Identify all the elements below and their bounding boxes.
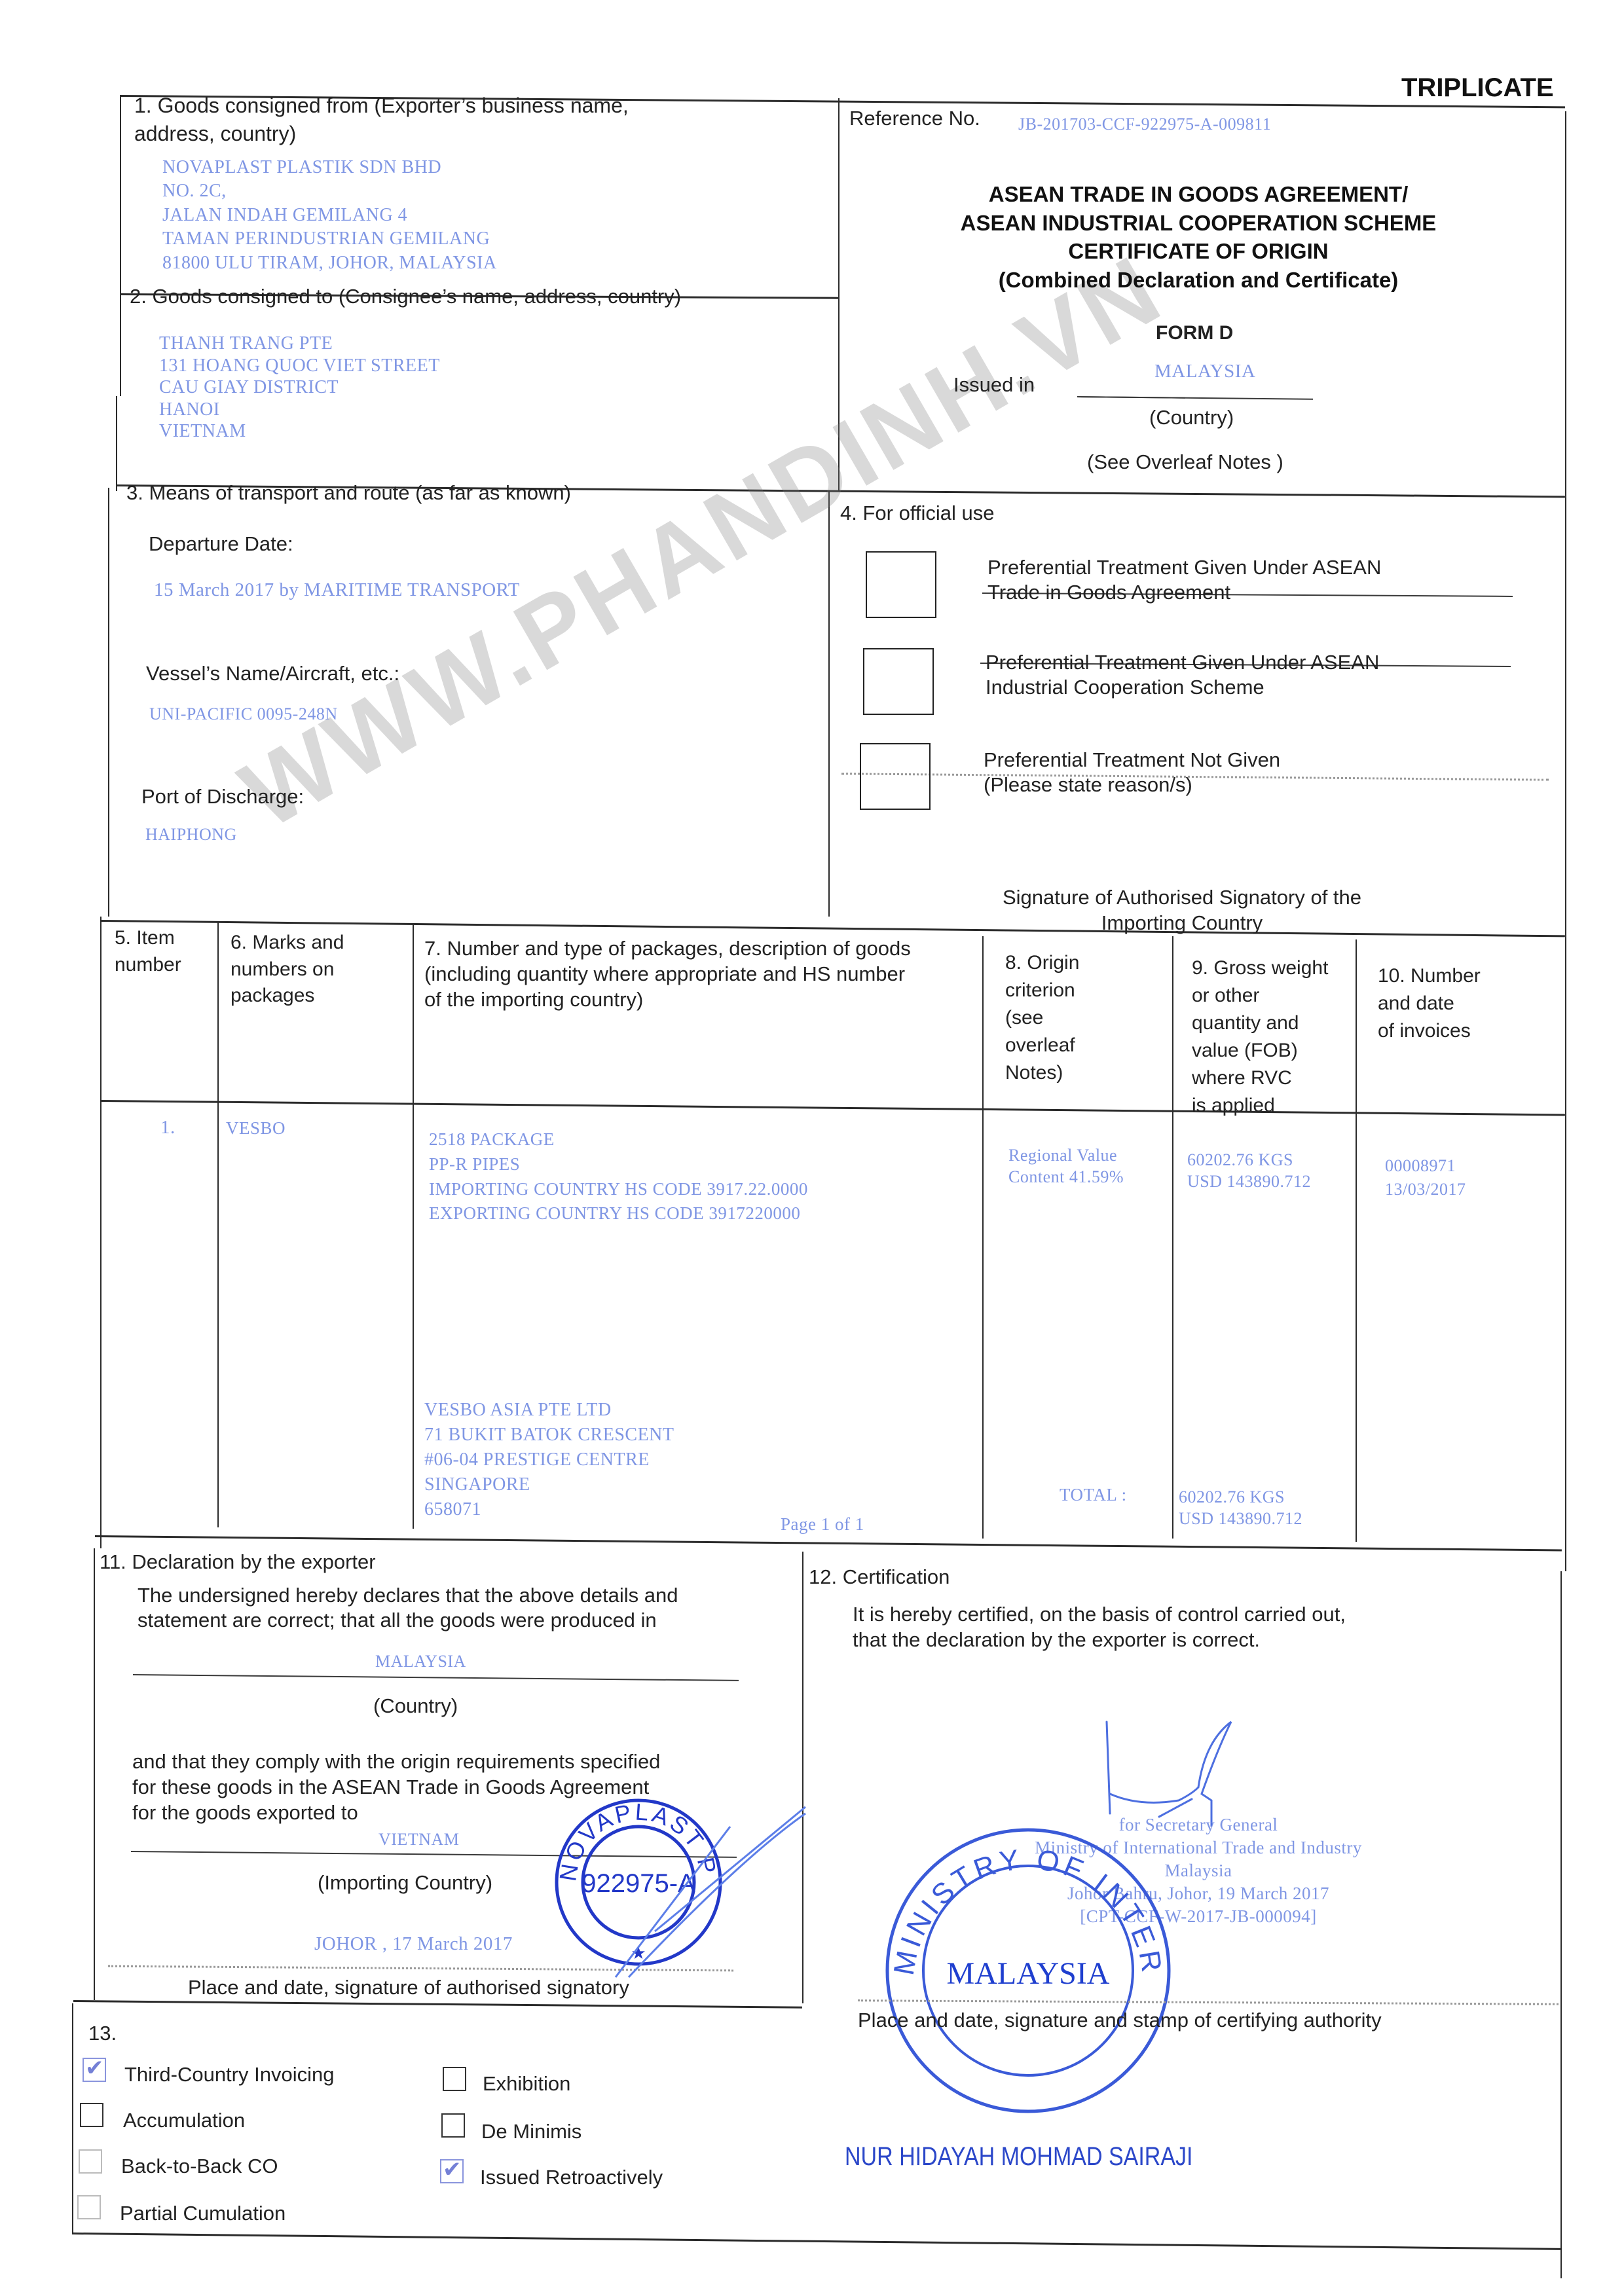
option-third-country-invoicing: Third-Country Invoicing [124, 2061, 334, 2088]
issued-in-country: MALAYSIA [1154, 359, 1255, 384]
checkbox-third-country-invoicing[interactable]: ✔ [83, 2058, 106, 2082]
option-back-to-back-co: Back-to-Back CO [121, 2153, 278, 2180]
third-party-address: VESBO ASIA PTE LTD 71 BUKIT BATOK CRESCE… [424, 1398, 674, 1522]
box-2-label: 2. Goods consigned to (Consignee’s name,… [130, 283, 681, 310]
checkmark-icon: ✔ [85, 2055, 104, 2081]
importing-signatory-caption: Signature of Authorised Signatory of the… [986, 885, 1378, 936]
official-option-atiga: Preferential Treatment Given Under ASEAN… [987, 555, 1381, 605]
reference-number: JB-201703-CCF-922975-A-009811 [1018, 113, 1271, 136]
col-header-item: 5. Item number [115, 925, 181, 978]
checkbox-back-to-back-co[interactable] [79, 2149, 102, 2174]
option-partial-cumulation: Partial Cumulation [120, 2200, 286, 2227]
overleaf-note: (See Overleaf Notes ) [1087, 448, 1283, 476]
item-number: 1. [160, 1115, 175, 1140]
declaration-text-1: The undersigned hereby declares that the… [138, 1583, 678, 1633]
importing-country-value: VIETNAM [378, 1828, 459, 1851]
box-11-label: 11. Declaration by the exporter [100, 1548, 376, 1576]
total-label: TOTAL : [1060, 1483, 1127, 1507]
official-checkbox-aicos[interactable] [863, 648, 934, 715]
option-de-minimis: De Minimis [481, 2118, 581, 2145]
col-header-marks: 6. Marks and numbers on packages [231, 930, 344, 1010]
port-of-discharge-value: HAIPHONG [145, 823, 237, 846]
col-header-description: 7. Number and type of packages, descript… [424, 936, 911, 1012]
col-header-origin: 8. Origin criterion (see overleaf Notes) [1005, 949, 1079, 1087]
checkbox-de-minimis[interactable] [441, 2113, 465, 2138]
consignee-address: THANH TRANG PTE 131 HOANG QUOC VIET STRE… [159, 333, 440, 443]
box-1-label: 1. Goods consigned from (Exporter’s busi… [134, 92, 629, 148]
port-of-discharge-label: Port of Discharge: [141, 783, 304, 811]
official-checkbox-not-given[interactable] [860, 743, 931, 810]
box-4-label: 4. For official use [840, 500, 994, 527]
ministry-stamp: MINISTRY OF INTERNATIONAL TRADE AND INDU… [871, 1813, 1185, 2141]
box-12-label: 12. Certification [809, 1563, 950, 1591]
certifier-signature-caption: Place and date, signature and stamp of c… [858, 2007, 1382, 2034]
officer-name: NUR HIDAYAH MOHMAD SAIRAJI [845, 2142, 1192, 2172]
checkbox-exhibition[interactable] [443, 2067, 466, 2091]
svg-text:MALAYSIA: MALAYSIA [947, 1956, 1110, 1991]
vessel-value: UNI-PACIFIC 0095-248N [149, 702, 338, 725]
total-value: 60202.76 KGS USD 143890.712 [1179, 1486, 1302, 1530]
exporter-place-date: JOHOR , 17 March 2017 [314, 1931, 513, 1957]
checkbox-accumulation[interactable] [80, 2103, 103, 2127]
origin-criterion: Regional Value Content 41.59% [1008, 1144, 1124, 1188]
importing-country-caption: (Importing Country) [318, 1869, 492, 1897]
official-option-aicos: Preferential Treatment Given Under ASEAN… [986, 650, 1379, 700]
checkmark-icon: ✔ [443, 2157, 462, 2183]
certification-text: It is hereby certified, on the basis of … [853, 1602, 1346, 1653]
option-accumulation: Accumulation [123, 2107, 245, 2134]
col-header-invoice: 10. Number and date of invoices [1378, 962, 1481, 1045]
box-3-label: 3. Means of transport and route (as far … [126, 479, 571, 507]
certificate-title: ASEAN TRADE IN GOODS AGREEMENT/ ASEAN IN… [910, 180, 1486, 294]
col-header-weight: 9. Gross weight or other quantity and va… [1192, 955, 1328, 1120]
checkbox-issued-retroactively[interactable]: ✔ [440, 2159, 464, 2183]
gross-weight-value: 60202.76 KGS USD 143890.712 [1187, 1149, 1311, 1193]
production-country: MALAYSIA [375, 1650, 466, 1673]
country-caption: (Country) [1149, 404, 1234, 431]
copy-label: TRIPLICATE [1401, 73, 1554, 103]
invoice-number-date: 00008971 13/03/2017 [1385, 1154, 1466, 1202]
goods-description: 2518 PACKAGE PP-R PIPES IMPORTING COUNTR… [429, 1127, 808, 1226]
option-exhibition: Exhibition [483, 2070, 570, 2098]
vessel-label: Vessel’s Name/Aircraft, etc.: [146, 660, 399, 687]
departure-date-label: Departure Date: [149, 530, 293, 558]
marks-value: VESBO [226, 1116, 286, 1140]
checkbox-partial-cumulation[interactable] [77, 2195, 101, 2219]
page-indicator: Page 1 of 1 [781, 1512, 864, 1537]
form-name: FORM D [1156, 322, 1233, 344]
reference-label: Reference No. [849, 105, 980, 132]
option-issued-retroactively: Issued Retroactively [480, 2164, 663, 2191]
box-13-label: 13. [88, 2020, 117, 2047]
svg-text:MINISTRY OF INTERNATIONAL TRAD: MINISTRY OF INTERNATIONAL TRADE AND INDU… [871, 1813, 1168, 1978]
official-option-not-given: Preferential Treatment Not Given (Please… [984, 748, 1280, 797]
issued-in-label: Issued in [953, 371, 1035, 399]
certifier-signature [1100, 1702, 1257, 1827]
exporter-company-stamp: NOVAPLAST PLASTIK SDN. BHD. 922975-A ★ [544, 1787, 812, 1984]
departure-date-value: 15 March 2017 by MARITIME TRANSPORT [154, 577, 520, 603]
official-checkbox-atiga[interactable] [866, 551, 936, 618]
exporter-address: NOVAPLAST PLASTIK SDN BHD NO. 2C, JALAN … [162, 156, 497, 275]
country-caption-11: (Country) [373, 1692, 458, 1720]
